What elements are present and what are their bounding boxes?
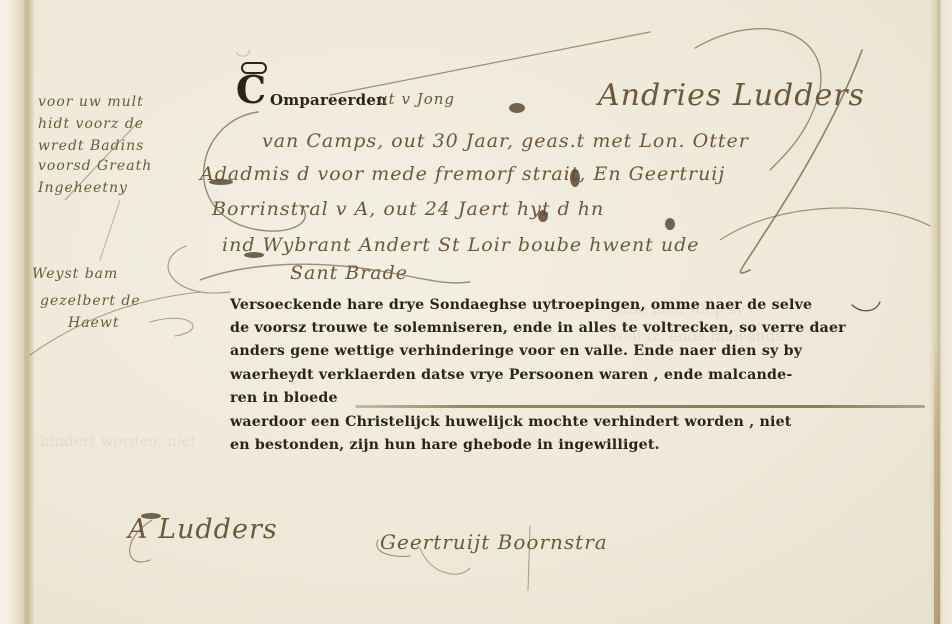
printed-line-5: ren in bloede [230,390,338,406]
handwritten-line-3: Borrinstral v A, out 24 Jaert hyt d hn [212,198,604,220]
left-binding-crease [24,0,27,624]
left-binding-edge [0,0,34,624]
margin-note-top-3: wredt Badins [38,138,144,154]
printed-line-2: de voorsz trouwe te solemniseren, ende i… [230,320,846,336]
margin-note-top-5: Ingeheetny [38,180,128,196]
decorative-initial: C [233,68,269,112]
printed-line-6: waerdoor een Christelijck huwelijck moch… [230,414,792,430]
handwritten-line-1: van Camps, out 30 Jaar, geas.t met Lon. … [262,130,749,152]
margin-note-bottom-3: Haewt [68,315,119,331]
printed-line-1: Versoeckende hare drye Sondaeghse uytroe… [230,297,812,313]
margin-note-top-1: voor uw mult [38,94,144,110]
bleed-through-text: hindert worden, niet [40,432,197,450]
printed-header: Ompareerden [270,91,387,109]
printed-line-7: en bestonden, zijn hun hare ghebode in i… [230,437,660,453]
margin-note-bottom-2: gezelbert de [40,293,141,309]
handwritten-header-after: ut v Jong [378,90,455,108]
margin-note-top-4: voorsd Greath [38,158,152,174]
handwritten-line-2: Adadmis d voor mede fremorf strait, En G… [200,163,725,185]
right-edge-stain [934,330,940,624]
document-page: ende naer diep sy voorsz, ende malcande … [0,0,952,624]
handwritten-groom-name: Andries Ludders [598,78,865,113]
margin-note-top-2: hidt voorz de [38,116,144,132]
handwritten-line-4: ind Wybrant Andert St Loir boube hwent u… [222,234,700,256]
ink-strike-rule [355,405,925,408]
handwritten-line-5: Sant Brade [290,262,408,284]
printed-line-3: anders gene wettige verhinderinge voor e… [230,343,802,359]
margin-note-bottom-1: Weyst bam [32,266,118,282]
signature-bride: Geertruijt Boornstra [380,530,608,554]
printed-line-4: waerheydt verklaerden datse vrye Persoon… [230,367,792,383]
signature-groom: A Ludders [128,514,278,545]
